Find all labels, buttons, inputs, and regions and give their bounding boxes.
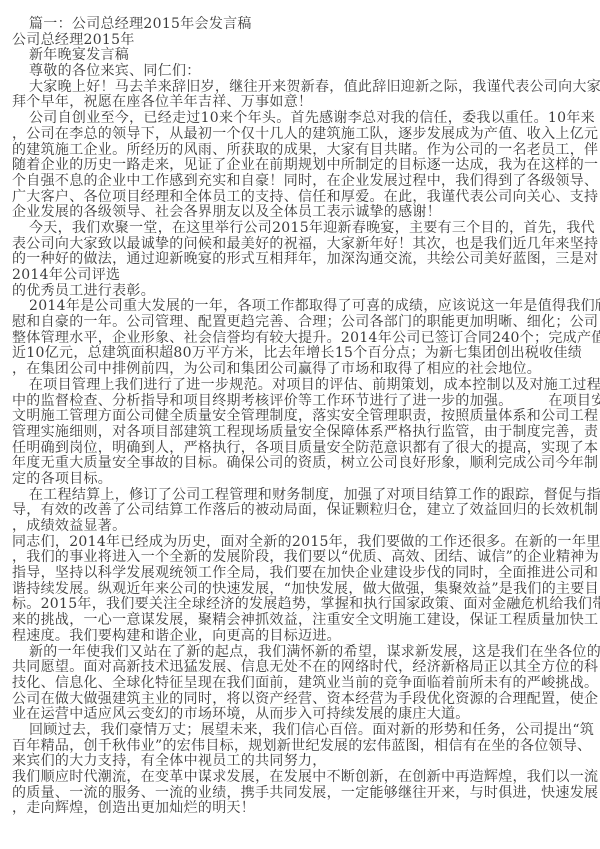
text-line: 尊敬的各位来宾、同仁们：	[12, 64, 590, 80]
text-line: 定的各项目标。	[12, 472, 590, 488]
text-line: 2014年是公司重大发展的一年，各项工作都取得了可喜的成绩，应该说这一年是值得我…	[12, 299, 590, 315]
text-line: 百年精品，创千秋伟业”的宏伟目标，规划新世纪发展的宏伟蓝图，相信有在坐的各位领导…	[12, 739, 590, 755]
text-line: 新年晚宴发言稿	[12, 48, 590, 64]
speech-text-body: 篇一：公司总经理2015年会发言稿公司总经理2015年新年晚宴发言稿尊敬的各位来…	[12, 17, 590, 817]
text-line: 中的监督检查、分析指导和项目终期考核评价等工作环节进行了进一步的加强。 在项目安…	[12, 394, 590, 410]
text-line: 随着企业的历史一路走来，见证了企业在前期规划中所制定的目标逐一达成，我为在这样的…	[12, 158, 590, 174]
text-line: 企业发展的各级领导、社会各界朋友以及全体员工表示诚挚的感谢！	[12, 205, 590, 221]
text-line: 拜个早年，祝愿在座各位羊年吉祥、万事如意！	[12, 95, 590, 111]
text-line: 技化、信息化、全球化特征呈现在我们面前，建筑业当前的竞争面临着前所未有的严峻挑战…	[12, 676, 590, 692]
text-line: 公司自创业至今，已经走过10来个年头。首先感谢李总对我的信任，委我以重任。10年…	[12, 111, 590, 127]
text-line: 在项目管理上我们进行了进一步规范。对项目的评估、前期策划，成本控制以及对施工过程	[12, 378, 590, 394]
text-line: 导，有效的改善了公司结算工作落后的被动局面，保证颗粒归仓，建立了效益回归的长效机…	[12, 503, 590, 519]
text-line: ，在集团公司中排例前四，为公司和集团公司赢得了市场和取得了相应的社会地位。	[12, 362, 590, 378]
text-line: 今天，我们欢聚一堂，在这里举行公司2015年迎新春晚宴，主要有三个目的，首先，我…	[12, 221, 590, 237]
text-line: 年度无重大质量安全事故的目标。确保公司的资质，树立公司良好形象，顺利完成公司今年…	[12, 456, 590, 472]
text-line: 表公司向大家致以最诚挚的问候和最美好的祝福，大家新年好！其次，也是我们近几年来坚…	[12, 237, 590, 253]
text-line: 的建筑施工企业。所经历的风雨、所获取的成果，大家有目共睹。作为公司的一名老员工，…	[12, 143, 590, 159]
document-page: 篇一：公司总经理2015年会发言稿公司总经理2015年新年晚宴发言稿尊敬的各位来…	[0, 0, 600, 849]
text-line: 新的一年使我们又站在了新的起点，我们满怀新的希望，谋求新发展，这是我们在坐各位的	[12, 645, 590, 661]
text-line: 标。2015年，我们要关注全球经济的发展趋势，掌握和执行国家政策、面对金融危机给…	[12, 597, 590, 613]
text-line: 我们顺应时代潮流，在变革中谋求发展，在发展中不断创新，在创新中再造辉煌，我们以一…	[12, 770, 590, 786]
text-line: 指导，坚持以科学发展观统领工作全局，我们要在加快企业建设步伐的同时，全面推进公司…	[12, 566, 590, 582]
text-line: ，走向辉煌，创造出更加灿烂的明天！	[12, 801, 590, 817]
text-line: 个自强不息的企业中工作感到充实和自豪！同时，在企业发展过程中，我们得到了各级领导…	[12, 174, 590, 190]
text-line: 回顾过去，我们豪情万丈；展望未来，我们信心百倍。面对新的形势和任务，公司提出“筑	[12, 723, 590, 739]
text-line: 2014年公司评选	[12, 268, 590, 284]
text-line: 任明确到岗位，明确到人，严格执行，各项目质量安全防范意识都有了很大的提高，实现了…	[12, 441, 590, 457]
text-line: 来的挑战，一心一意谋发展，聚精会神抓效益，注重安全文明施工建设，保证工程质量加快…	[12, 613, 590, 629]
text-line: 近10亿元，总建筑面积超80万平方米，比去年增长15个百分点；为新七集团创出税收…	[12, 346, 590, 362]
text-line: ，我们的事业将进入一个全新的发展阶段，我们要以“优质、高效、团结、诚信”的企业精…	[12, 550, 590, 566]
text-line: 慰和自豪的一年。公司管理、配置更趋完善、合理；公司各部门的职能更加明晰、细化；公…	[12, 315, 590, 331]
text-line: 文明施工管理方面公司健全质量安全管理制度，落实安全管理职责，按照质量体系和公司工…	[12, 409, 590, 425]
text-line: 的一种好的做法，通过迎新晚宴的形式互相拜年，加深沟通交流，共绘公司美好蓝图，三是…	[12, 252, 590, 268]
text-line: 公司在做大做强建筑主业的同时，将以资产经营、资本经营为手段优化资源的合理配置，使…	[12, 692, 590, 708]
text-line: ，成绩效益显著。	[12, 519, 590, 535]
text-line: 程速度。我们要构建和谐企业，向更高的目标迈进。	[12, 629, 590, 645]
text-line: 来宾们的大力支持，有全体中视员工的共同努力，	[12, 754, 590, 770]
text-line: 在工程结算上，修订了公司工程管理和财务制度，加强了对项目结算工作的跟踪，督促与指	[12, 488, 590, 504]
text-line: 篇一：公司总经理2015年会发言稿	[12, 17, 590, 33]
text-line: 共同愿望。面对高新技术迅猛发展、信息无处不在的网络时代，经济新格局正以其全方位的…	[12, 660, 590, 676]
text-line: ，公司在李总的领导下，从最初一个仅十几人的建筑施工队，逐步发展成为产值、收入上亿…	[12, 127, 590, 143]
text-line: 业在运营中适应风云变幻的市场环境，从而步入可持续发展的康庄大道。	[12, 707, 590, 723]
text-line: 管理实施细则，对各项目部建筑工程现场质量安全保障体系严格执行监管，由于制度完善，…	[12, 425, 590, 441]
text-line: 广大客户、各位项目经理和全体员工的支持、信任和厚爱。在此，我谨代表公司向关心、支…	[12, 190, 590, 206]
